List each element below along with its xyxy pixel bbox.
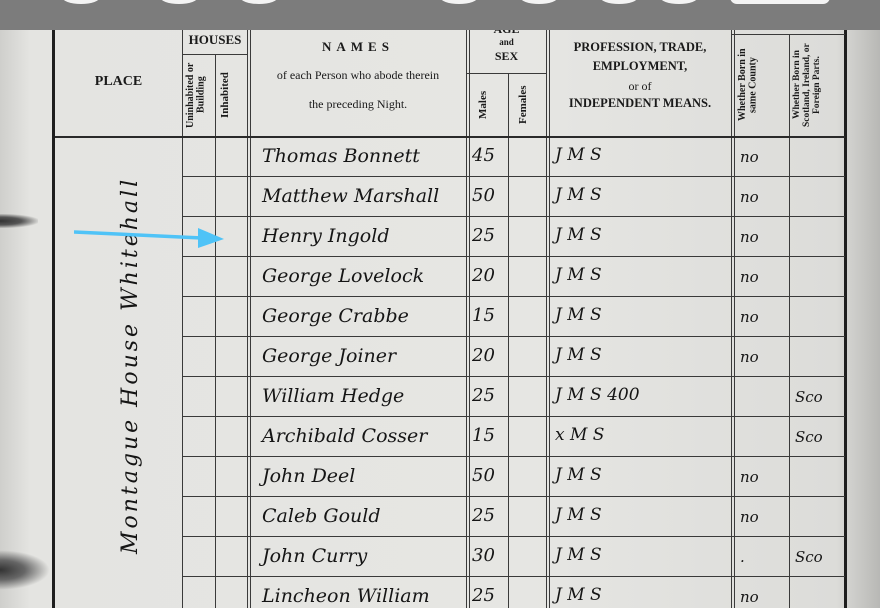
header-names: NAMES bbox=[250, 39, 466, 55]
col-divider bbox=[182, 16, 183, 608]
cell-males: 25 bbox=[472, 585, 495, 606]
cell-profession: J M S bbox=[555, 465, 602, 485]
cell-males: 20 bbox=[472, 265, 495, 286]
cell-profession: J M S bbox=[555, 345, 602, 365]
cell-born-county: no bbox=[740, 348, 759, 366]
ink-blot bbox=[0, 550, 50, 590]
header-names-sub2: the preceding Night. bbox=[250, 97, 466, 112]
cell-profession: x M S bbox=[555, 425, 604, 445]
cell-born-scotland: Sco bbox=[795, 388, 823, 406]
header-females: Females bbox=[518, 78, 538, 132]
cell-males: 50 bbox=[472, 465, 495, 486]
cell-name: Archibald Cosser bbox=[262, 425, 427, 447]
cell-name: John Deel bbox=[262, 465, 355, 487]
header-sex: SEX bbox=[467, 49, 546, 64]
cell-males: 15 bbox=[472, 425, 495, 446]
cell-born-county: no bbox=[740, 148, 759, 166]
cell-profession: J M S bbox=[555, 265, 602, 285]
cell-name: George Lovelock bbox=[262, 265, 424, 287]
cell-name: George Joiner bbox=[262, 345, 396, 367]
header-born-scotland: Whether Born in Scotland, Ireland, or Fo… bbox=[793, 38, 843, 132]
header-profession-3: or of bbox=[550, 79, 730, 94]
highlight-arrow-icon bbox=[74, 226, 224, 248]
col-divider bbox=[466, 16, 467, 608]
cell-name: Lincheon William bbox=[262, 585, 430, 607]
cell-born-county: no bbox=[740, 268, 759, 286]
header-males: Males bbox=[478, 78, 498, 132]
cell-name: George Crabbe bbox=[262, 305, 409, 327]
cell-males: 25 bbox=[472, 385, 495, 406]
cell-name: Henry Ingold bbox=[262, 225, 390, 247]
cell-males: 15 bbox=[472, 305, 495, 326]
header-bottom-line bbox=[55, 136, 845, 138]
cell-born-county: . bbox=[740, 548, 745, 566]
cell-profession: J M S 400 bbox=[555, 385, 640, 405]
cell-males: 45 bbox=[472, 145, 495, 166]
col-divider bbox=[789, 35, 790, 608]
cell-born-county: no bbox=[740, 308, 759, 326]
cell-born-county: no bbox=[740, 228, 759, 246]
cell-born-scotland: Sco bbox=[795, 428, 823, 446]
cell-males: 50 bbox=[472, 185, 495, 206]
cell-born-county: no bbox=[740, 588, 759, 606]
cell-profession: J M S bbox=[555, 225, 602, 245]
header-age-and: and bbox=[467, 37, 546, 47]
header-names-sub1: of each Person who abode therein bbox=[250, 68, 466, 83]
cell-profession: J M S bbox=[555, 505, 602, 525]
cell-name: Matthew Marshall bbox=[262, 185, 439, 207]
header-houses: HOUSES bbox=[183, 32, 247, 48]
cell-profession: J M S bbox=[555, 585, 602, 605]
cell-profession: J M S bbox=[555, 145, 602, 165]
cell-born-county: no bbox=[740, 468, 759, 486]
col-divider bbox=[731, 16, 732, 608]
cell-born-county: no bbox=[740, 188, 759, 206]
place-value: Montague House Whitehall bbox=[118, 150, 158, 580]
header-profession-4: INDEPENDENT MEANS. bbox=[550, 96, 730, 111]
header-houses-uninhabited: Uninhabited or Building bbox=[186, 58, 212, 132]
age-divider bbox=[467, 73, 546, 74]
ink-blot bbox=[0, 214, 38, 228]
top-overlay-band bbox=[0, 0, 880, 30]
header-profession-1: PROFESSION, TRADE, bbox=[550, 40, 730, 55]
header-place: PLACE bbox=[55, 74, 182, 90]
cell-name: William Hedge bbox=[262, 385, 404, 407]
cell-males: 25 bbox=[472, 505, 495, 526]
cell-profession: J M S bbox=[555, 305, 602, 325]
cell-males: 25 bbox=[472, 225, 495, 246]
col-divider bbox=[247, 16, 248, 608]
cell-profession: J M S bbox=[555, 185, 602, 205]
header-profession-2: EMPLOYMENT, bbox=[550, 59, 730, 74]
header-born-county: Whether Born in same County bbox=[738, 38, 784, 132]
cell-profession: J M S bbox=[555, 545, 602, 565]
cell-males: 30 bbox=[472, 545, 495, 566]
cell-born-county: no bbox=[740, 508, 759, 526]
cell-name: Caleb Gould bbox=[262, 505, 380, 527]
cell-born-scotland: Sco bbox=[795, 548, 823, 566]
header-houses-inhabited: Inhabited bbox=[220, 58, 242, 132]
col-divider bbox=[508, 73, 509, 608]
cell-name: Thomas Bonnett bbox=[262, 145, 420, 167]
cell-males: 20 bbox=[472, 345, 495, 366]
where-born-divider bbox=[732, 34, 845, 35]
houses-divider bbox=[183, 54, 247, 55]
col-divider bbox=[546, 16, 547, 608]
cell-name: John Curry bbox=[262, 545, 367, 567]
